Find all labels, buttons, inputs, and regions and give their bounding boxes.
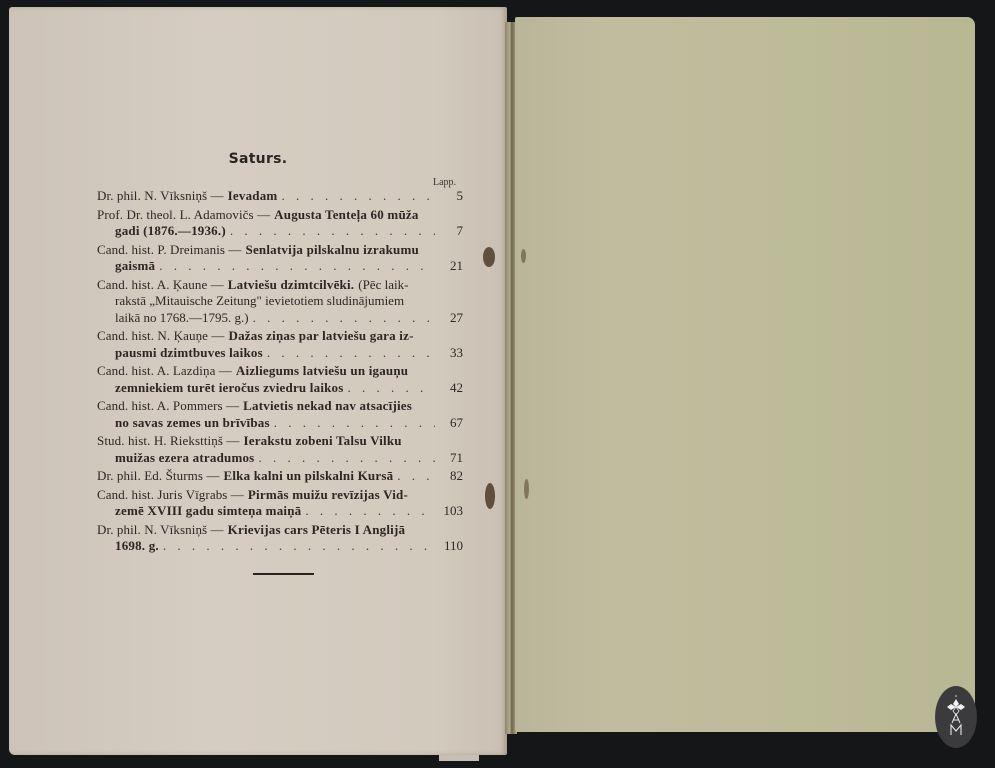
- toc-entry: Cand. hist. A. Ķaune —Latviešu dzimtcilv…: [97, 277, 463, 327]
- entry-title: Aizliegums latviešu un igauņu: [236, 363, 408, 380]
- entry-author: Dr. phil. N. Vīksniņš —: [97, 188, 224, 205]
- entry-page: 71: [439, 450, 463, 467]
- entry-title-cont: zemniekiem turēt ieročus zviedru laikos: [115, 380, 344, 397]
- entry-note: (Pēc laik-: [358, 277, 408, 294]
- leader-dots: [163, 538, 435, 555]
- cross-flower-monogram-icon: [941, 693, 971, 741]
- leader-dots: [274, 415, 435, 432]
- entry-title: Senlatvija pilskalnu izrakumu: [246, 242, 419, 259]
- leader-dots: [267, 345, 435, 362]
- toc-entry: Cand. hist. A. Lazdiņa —Aizliegums latvi…: [97, 363, 463, 396]
- leader-dots: [348, 380, 435, 397]
- entry-author: Dr. phil. N. Vīksniņš —: [97, 522, 224, 539]
- entry-title: Ievadam: [228, 188, 278, 205]
- entry-title: Elka kalni un pilskalni Kursā: [223, 468, 393, 485]
- table-of-contents: Dr. phil. N. Vīksniņš —Ievadam5 Prof. Dr…: [97, 188, 463, 557]
- back-cover: [515, 17, 975, 732]
- entry-author: Cand. hist. A. Lazdiņa —: [97, 363, 232, 380]
- entry-author: Cand. hist. N. Ķauņe —: [97, 328, 225, 345]
- entry-title: Latvietis nekad nav atsacījies: [243, 398, 412, 415]
- toc-entry: Cand. hist. P. Dreimanis —Senlatvija pil…: [97, 242, 463, 275]
- leader-dots: [230, 223, 435, 240]
- entry-author: Cand. hist. A. Pommers —: [97, 398, 239, 415]
- entry-title: Augusta Tenteļa 60 mūža: [274, 207, 418, 224]
- entry-page: 21: [439, 258, 463, 275]
- entry-note-cont: laikā no 1768.—1795. g.): [115, 310, 249, 327]
- entry-page: 42: [439, 380, 463, 397]
- entry-title-cont: no savas zemes un brīvības: [115, 415, 270, 432]
- entry-page: 103: [439, 503, 463, 520]
- entry-author: Cand. hist. A. Ķaune —: [97, 277, 224, 294]
- leader-dots: [397, 468, 435, 485]
- entry-author: Cand. hist. P. Dreimanis —: [97, 242, 242, 259]
- entry-title: Pirmās muižu revīzijas Vid-: [248, 487, 408, 504]
- toc-entry: Prof. Dr. theol. L. Adamovičs —Augusta T…: [97, 207, 463, 240]
- entry-page: 5: [439, 188, 463, 205]
- rust-stain: [521, 249, 526, 263]
- rust-stain: [483, 247, 495, 267]
- entry-page: 110: [439, 538, 463, 555]
- rust-stain: [485, 483, 495, 509]
- left-page: Saturs. Lapp. Dr. phil. N. Vīksniņš —Iev…: [9, 7, 507, 755]
- entry-page: 67: [439, 415, 463, 432]
- toc-entry: Stud. hist. H. Rieksttiņš —Ierakstu zobe…: [97, 433, 463, 466]
- toc-entry: Cand. hist. Juris Vīgrabs —Pirmās muižu …: [97, 487, 463, 520]
- entry-page: 82: [439, 468, 463, 485]
- watermark-logo: [935, 686, 977, 748]
- entry-title-cont: 1698. g.: [115, 538, 159, 555]
- entry-title: Krievijas cars Pēteris I Anglijā: [228, 522, 406, 539]
- leader-dots: [281, 188, 435, 205]
- leader-dots: [305, 503, 435, 520]
- page-column-label: Lapp.: [433, 177, 456, 188]
- toc-heading: Saturs.: [9, 151, 507, 167]
- entry-title-cont: gadi (1876.—1936.): [115, 223, 226, 240]
- entry-author: Cand. hist. Juris Vīgrabs —: [97, 487, 244, 504]
- entry-note-cont: rakstā „Mitauische Zeitung" ievietotiem …: [115, 293, 404, 310]
- toc-entry: Cand. hist. A. Pommers —Latvietis nekad …: [97, 398, 463, 431]
- entry-page: 27: [439, 310, 463, 327]
- entry-author: Stud. hist. H. Rieksttiņš —: [97, 433, 239, 450]
- entry-title-cont: zemē XVIII gadu simteņa maiņā: [115, 503, 301, 520]
- toc-entry: Dr. phil. N. Vīksniņš —Ievadam5: [97, 188, 463, 205]
- entry-title-cont: pausmi dzimtbuves laikos: [115, 345, 263, 362]
- leader-dots: [253, 310, 435, 327]
- end-rule: [253, 573, 314, 575]
- toc-entry: Cand. hist. N. Ķauņe —Dažas ziņas par la…: [97, 328, 463, 361]
- entry-page: 7: [439, 223, 463, 240]
- entry-title: Dažas ziņas par latviešu gara iz-: [229, 328, 414, 345]
- entry-title: Latviešu dzimtcilvēki.: [228, 277, 354, 294]
- entry-title-cont: gaismā: [115, 258, 155, 275]
- leader-dots: [159, 258, 435, 275]
- entry-title: Ierakstu zobeni Talsu Vilku: [243, 433, 401, 450]
- rust-stain: [524, 479, 529, 499]
- entry-page: 33: [439, 345, 463, 362]
- toc-entry: Dr. phil. N. Vīksniņš —Krievijas cars Pē…: [97, 522, 463, 555]
- leader-dots: [258, 450, 435, 467]
- toc-entry: Dr. phil. Ed. Šturms —Elka kalni un pils…: [97, 468, 463, 485]
- entry-title-cont: muižas ezera atradumos: [115, 450, 254, 467]
- entry-author: Dr. phil. Ed. Šturms —: [97, 468, 219, 485]
- entry-author: Prof. Dr. theol. L. Adamovičs —: [97, 207, 270, 224]
